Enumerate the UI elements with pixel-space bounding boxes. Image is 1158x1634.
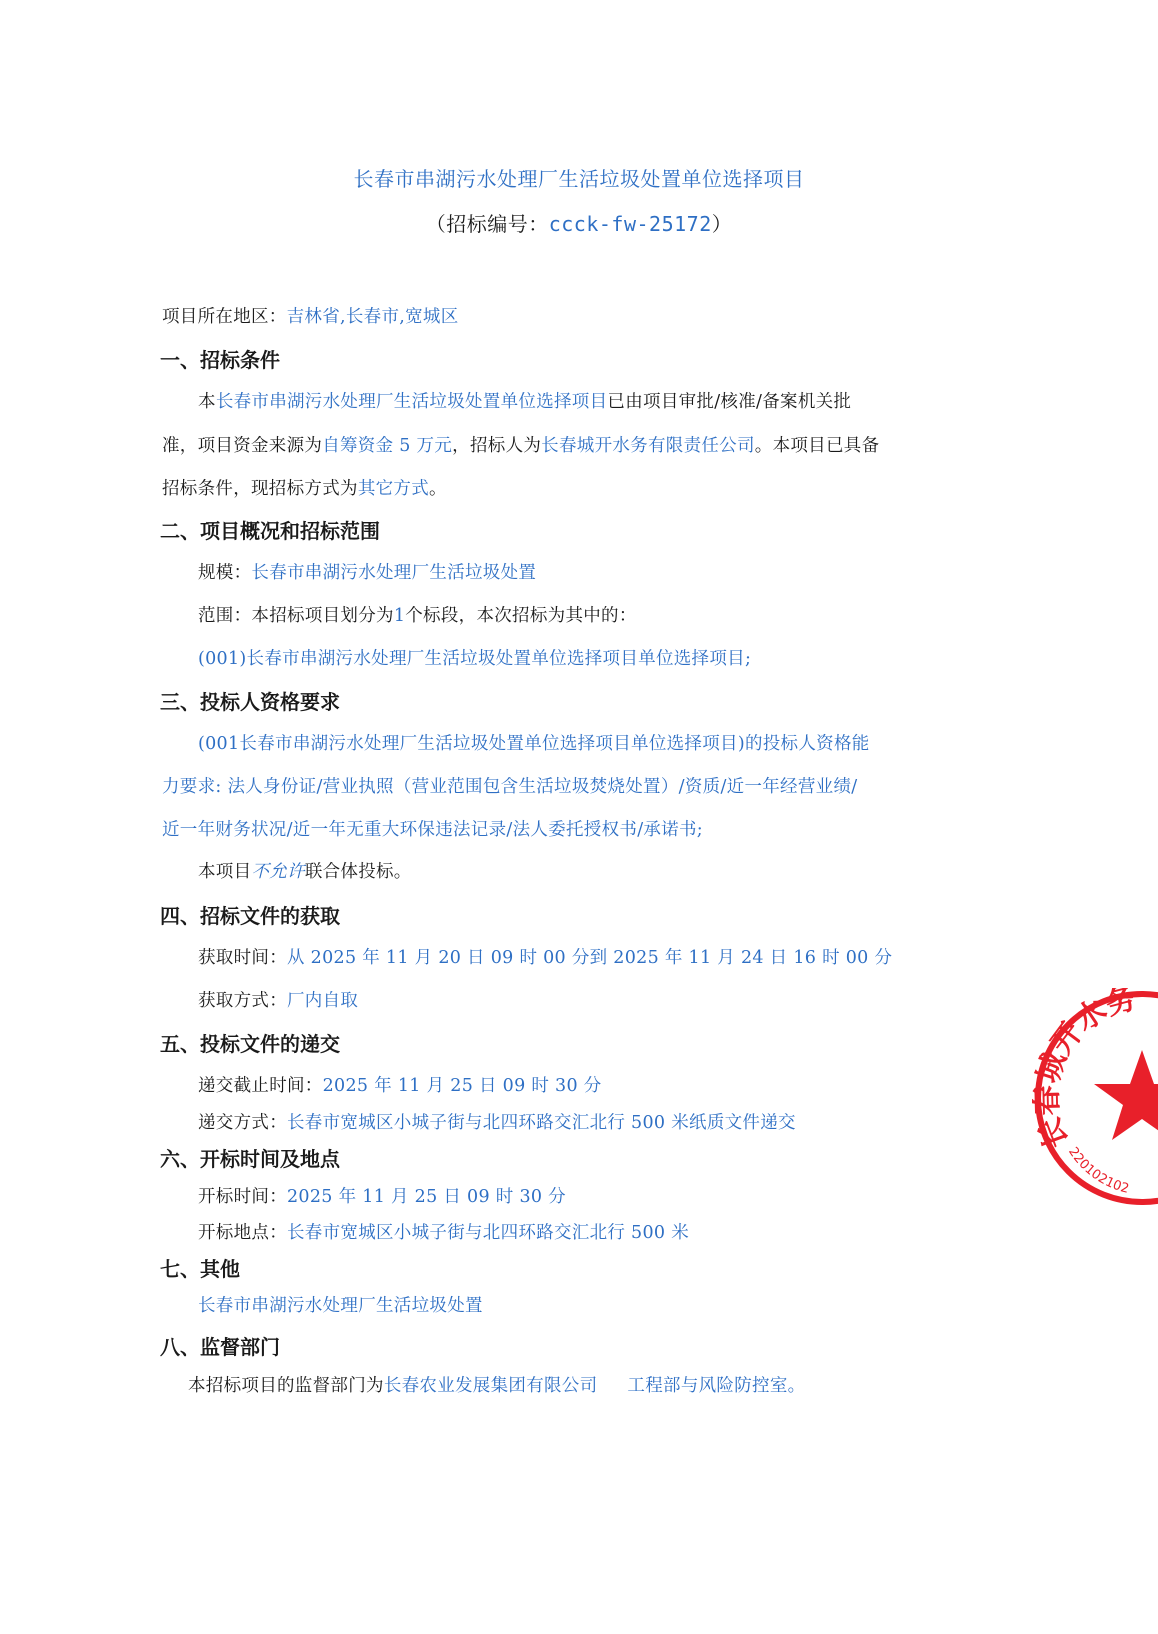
supervision-line: 本招标项目的监督部门为长春农业发展集团有限公司工程部与风险防控室。 [188, 1372, 805, 1397]
text: 范围：本招标项目划分为 [198, 606, 394, 626]
opening-time-line: 开标时间：2025 年 11 月 25 日 09 时 30 分 [198, 1183, 566, 1208]
text: 。 [429, 479, 447, 499]
other-text: 长春市串湖污水处理厂生活垃圾处置 [198, 1292, 483, 1317]
consortium-line: 本项目不允许联合体投标。 [198, 858, 412, 883]
lot-count: 1 [394, 606, 405, 626]
region-value: 吉林省,长春市,宽城区 [287, 307, 459, 327]
tenderer: 长春城开水务有限责任公司 [541, 436, 755, 456]
tender-method: 其它方式 [358, 479, 429, 499]
opening-place-line: 开标地点：长春市宽城区小城子街与北四环路交汇北行 500 米 [198, 1219, 689, 1244]
section-heading-1: 一、招标条件 [160, 344, 280, 373]
section1-line3: 招标条件，现招标方式为其它方式。 [162, 475, 447, 500]
bid-number: （招标编号：ccck-fw-25172） [0, 208, 1158, 237]
scale-line: 规模：长春市串湖污水处理厂生活垃圾处置 [198, 559, 536, 584]
requirements-line1: (001长春市串湖污水处理厂生活垃圾处置单位选择项目单位选择项目)的投标人资格能 [198, 730, 870, 755]
submit-method-value: 长春市宽城区小城子街与北四环路交汇北行 500 米纸质文件递交 [287, 1113, 796, 1133]
submit-method-label: 递交方式： [198, 1113, 287, 1133]
section-heading-5: 五、投标文件的递交 [160, 1028, 340, 1057]
deadline-label: 递交截止时间： [198, 1076, 323, 1096]
text: 。本项目已具备 [755, 436, 880, 456]
obtain-method-value: 厂内自取 [287, 991, 358, 1011]
section1-line1: 本长春市串湖污水处理厂生活垃圾处置单位选择项目已由项目审批/核准/备案机关批 [198, 388, 851, 413]
text: ，招标人为 [452, 436, 541, 456]
bid-number-value: ccck-fw-25172 [549, 212, 712, 236]
obtain-method-label: 获取方式： [198, 991, 287, 1011]
obtain-method-line: 获取方式：厂内自取 [198, 987, 358, 1012]
deadline-line: 递交截止时间：2025 年 11 月 25 日 09 时 30 分 [198, 1072, 602, 1097]
scope-line: 范围：本招标项目划分为1个标段，本次招标为其中的： [198, 602, 637, 627]
section-heading-2: 二、项目概况和招标范围 [160, 515, 380, 544]
obtain-time-label: 获取时间： [198, 948, 287, 968]
text: 本项目 [198, 862, 251, 882]
opening-place-value: 长春市宽城区小城子街与北四环路交汇北行 500 米 [287, 1223, 689, 1243]
submit-method-line: 递交方式：长春市宽城区小城子街与北四环路交汇北行 500 米纸质文件递交 [198, 1109, 796, 1134]
deadline-value: 2025 年 11 月 25 日 09 时 30 分 [323, 1076, 602, 1096]
company-seal: 长春城开水务 220102102 [1032, 988, 1158, 1208]
scale-value: 长春市串湖污水处理厂生活垃圾处置 [251, 563, 536, 583]
seal-icon: 长春城开水务 220102102 [1032, 988, 1158, 1208]
text: 个标段，本次招标为其中的： [405, 606, 636, 626]
bid-number-close: ） [712, 212, 733, 236]
section-heading-3: 三、投标人资格要求 [160, 686, 340, 715]
text: 本 [198, 392, 216, 412]
document-page: 长春市串湖污水处理厂生活垃圾处置单位选择项目 （招标编号：ccck-fw-251… [0, 0, 1158, 1634]
section-heading-4: 四、招标文件的获取 [160, 900, 340, 929]
section-heading-7: 七、其他 [160, 1253, 240, 1282]
section-heading-6: 六、开标时间及地点 [160, 1143, 340, 1172]
text: 联合体投标。 [305, 862, 412, 882]
consortium-value: 不允许 [251, 862, 304, 882]
scale-label: 规模： [198, 563, 251, 583]
supervisor-org: 长春农业发展集团有限公司 [384, 1376, 598, 1396]
project-name: 长春市串湖污水处理厂生活垃圾处置单位选择项目 [216, 392, 608, 412]
funding-source: 自筹资金 5 万元 [322, 436, 452, 456]
text: 准，项目资金来源为 [162, 436, 322, 456]
obtain-time-line: 获取时间：从 2025 年 11 月 20 日 09 时 00 分到 2025 … [198, 944, 892, 969]
region-line: 项目所在地区：吉林省,长春市,宽城区 [162, 303, 459, 328]
section-heading-8: 八、监督部门 [160, 1331, 280, 1360]
section1-line2: 准，项目资金来源为自筹资金 5 万元，招标人为长春城开水务有限责任公司。本项目已… [162, 432, 879, 457]
requirements-line2: 力要求: 法人身份证/营业执照（营业范围包含生活垃圾焚烧处置）/资质/近一年经营… [162, 773, 857, 798]
text: 本招标项目的监督部门为 [188, 1376, 384, 1396]
opening-place-label: 开标地点： [198, 1223, 287, 1243]
text: 招标条件，现招标方式为 [162, 479, 358, 499]
supervisor-dept: 工程部与风险防控室。 [627, 1376, 805, 1396]
document-title: 长春市串湖污水处理厂生活垃圾处置单位选择项目 [0, 163, 1158, 192]
region-label: 项目所在地区： [162, 307, 287, 327]
opening-time-value: 2025 年 11 月 25 日 09 时 30 分 [287, 1187, 566, 1207]
lot-line: (001)长春市串湖污水处理厂生活垃圾处置单位选择项目单位选择项目; [198, 645, 751, 670]
requirements-line3: 近一年财务状况/近一年无重大环保违法记录/法人委托授权书/承诺书; [162, 816, 703, 841]
text: 已由项目审批/核准/备案机关批 [607, 392, 851, 412]
opening-time-label: 开标时间： [198, 1187, 287, 1207]
obtain-time-value: 从 2025 年 11 月 20 日 09 时 00 分到 2025 年 11 … [287, 948, 892, 968]
bid-number-label: （招标编号： [426, 212, 549, 236]
